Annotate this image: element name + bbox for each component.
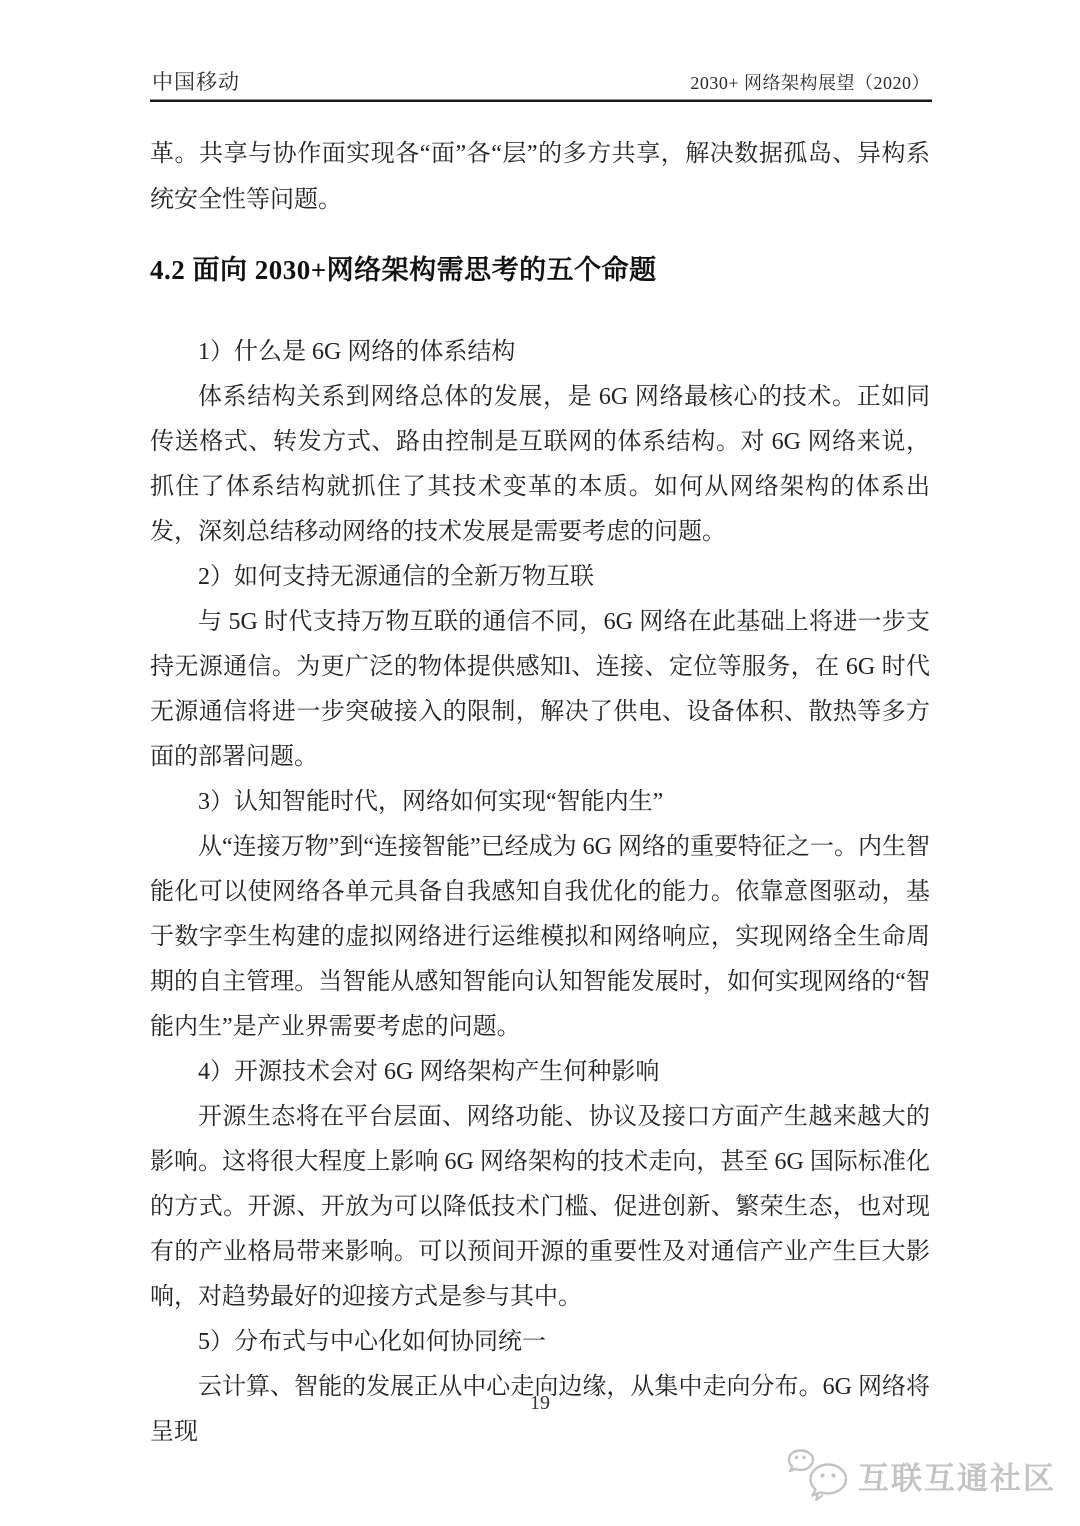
paragraph: 3）认知智能时代，网络如何实现“智能内生” <box>150 780 930 825</box>
page: 中国移动 2030+ 网络架构展望（2020） 革。共享与协作面实现各“面”各“… <box>0 0 1080 1526</box>
intro-paragraph: 革。共享与协作面实现各“面”各“层”的多方共享，解决数据孤岛、异构系统安全性等问… <box>150 131 930 223</box>
paragraph: 与 5G 时代支持万物互联的通信不同，6G 网络在此基础上将进一步支持无源通信。… <box>150 600 930 780</box>
watermark: 互联互通社区 <box>787 1449 1056 1501</box>
paragraph: 2）如何支持无源通信的全新万物互联 <box>150 555 930 600</box>
paragraph-list: 1）什么是 6G 网络的体系结构 体系结构关系到网络总体的发展，是 6G 网络最… <box>150 330 930 1455</box>
paragraph: 4）开源技术会对 6G 网络架构产生何种影响 <box>150 1050 930 1095</box>
watermark-text: 互联互通社区 <box>858 1453 1056 1498</box>
paragraph: 5）分布式与中心化如何协同统一 <box>150 1320 930 1365</box>
page-header: 中国移动 2030+ 网络架构展望（2020） <box>152 66 930 96</box>
header-right-text: 2030+ 网络架构展望（2020） <box>690 69 930 95</box>
paragraph: 从“连接万物”到“连接智能”已经成为 6G 网络的重要特征之一。内生智能化可以使… <box>150 825 930 1050</box>
header-rule <box>150 99 932 102</box>
wechat-icon <box>787 1449 851 1501</box>
header-left-text: 中国移动 <box>152 66 240 96</box>
paragraph: 开源生态将在平台层面、网络功能、协议及接口方面产生越来越大的影响。这将很大程度上… <box>150 1095 930 1320</box>
paragraph: 1）什么是 6G 网络的体系结构 <box>150 330 930 375</box>
page-number: 19 <box>0 1392 1080 1415</box>
document-content: 革。共享与协作面实现各“面”各“层”的多方共享，解决数据孤岛、异构系统安全性等问… <box>150 131 930 1455</box>
section-heading: 4.2 面向 2030+网络架构需思考的五个命题 <box>150 250 930 290</box>
paragraph: 体系结构关系到网络总体的发展，是 6G 网络最核心的技术。正如同传送格式、转发方… <box>150 375 930 555</box>
